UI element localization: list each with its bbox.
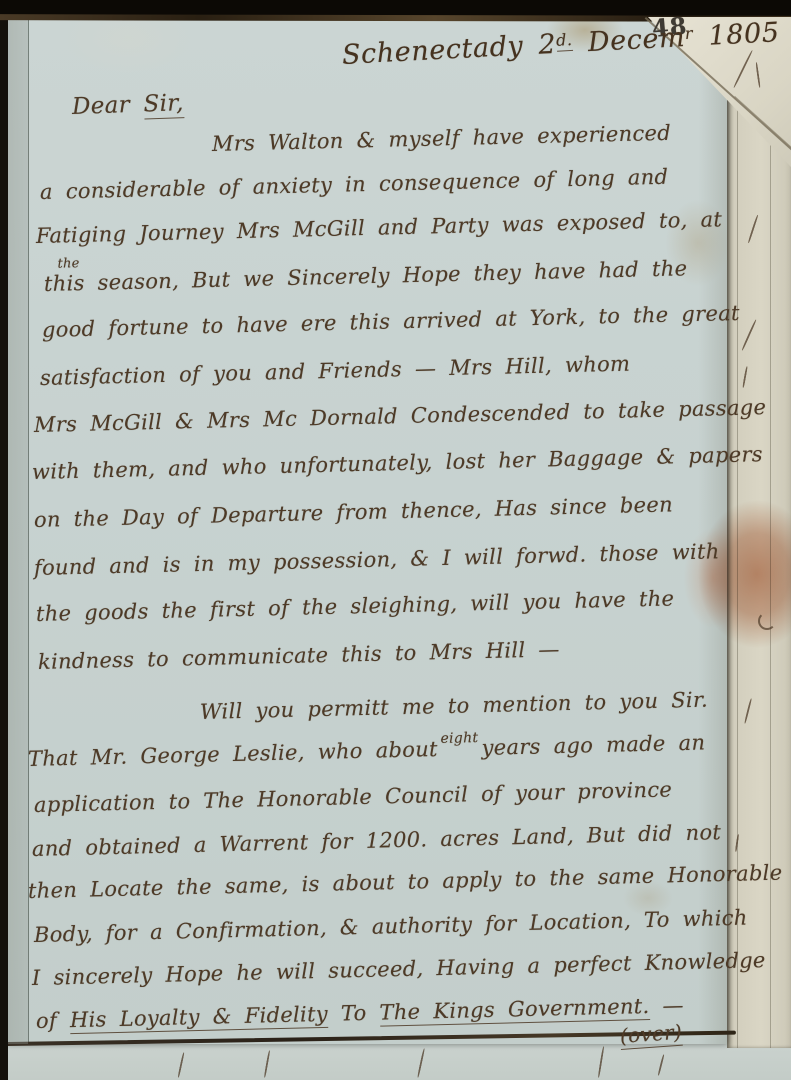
inserted-word: eight xyxy=(440,730,478,747)
left-margin-shade xyxy=(8,18,28,1044)
dateline-text: 1805 xyxy=(693,17,781,52)
ink-fragment xyxy=(758,612,776,630)
salutation-name: Sir, xyxy=(143,90,184,119)
salutation-text: Dear xyxy=(72,92,144,120)
dateline-text: Decem xyxy=(572,22,686,59)
inserted-word: the xyxy=(57,256,80,272)
scan-left-edge xyxy=(0,0,8,1080)
salutation: Dear Sir, xyxy=(72,90,185,120)
line-text: of xyxy=(36,1008,71,1033)
letter-scan: 48 Schenectady 2d. Decemr 1805 Dear Sir,… xyxy=(0,0,791,1080)
line-text: — xyxy=(649,993,684,1018)
over-note-text: (over) xyxy=(619,1020,683,1050)
over-note: (over) xyxy=(619,1020,683,1048)
dateline-superscript: d. xyxy=(556,30,574,52)
line-text: To xyxy=(328,1001,380,1026)
